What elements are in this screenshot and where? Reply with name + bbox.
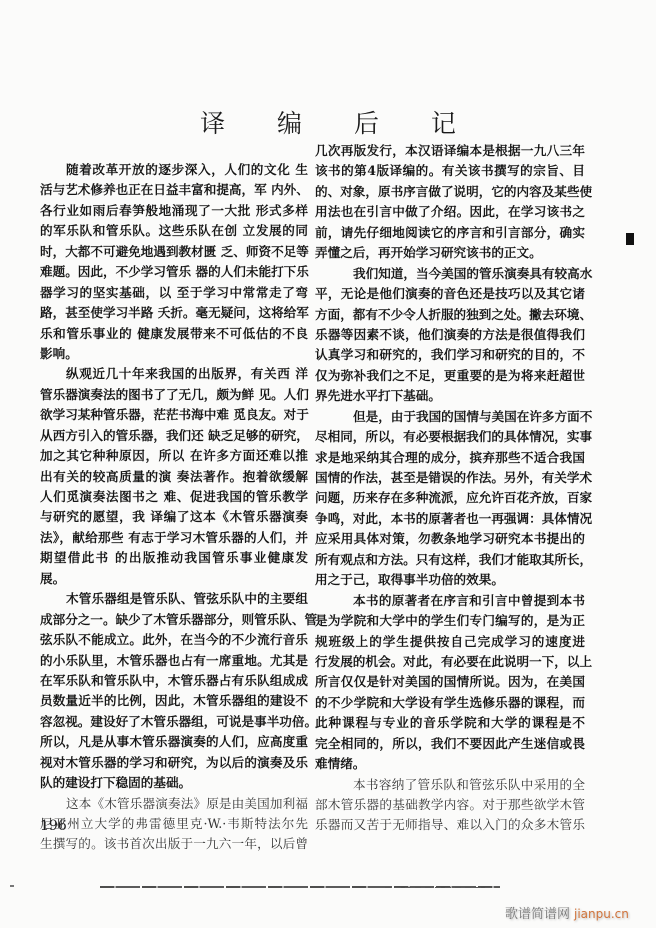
text-line: 木管乐器组是管乐队、管弦乐队中的主要组 [40,589,308,609]
text-line: 规班级上的学生提供按自己完成学习的速度进 [315,632,585,652]
text-line: 的不少学院和大学设有学生选修乐器的课程，而 [315,693,585,713]
text-line: 所以，凡是从事木管乐器演奏的人们，应高度重 [40,732,308,752]
text-line: 的、对象，原书序言做了说明，它的内容及某些使 [315,182,585,202]
text-line: 所有观点和方法。只有这样，我们才能取其所长， [315,550,585,570]
text-line: 行发展的机会。对此，有必要在此说明一下，以上 [315,652,585,672]
text-line: 随着改革开放的逐步深入，人们的文化 生 [40,160,308,180]
text-line: 尼亚州立大学的弗雷德里克·W.·韦斯特法尔先 [40,814,308,834]
text-line: 各行业如雨后春笋般地涌现了一大批 形式多样 [40,201,308,221]
text-line: 部木管乐器的基础教学内容。对于那些欲学木管 [315,795,585,815]
text-line: 用法也在引言中做了介绍。因此，在学习该书之 [315,202,585,222]
text-line: 仅为弥补我们之不足，更重要的是为将来赶超世 [315,366,585,386]
watermark: 歌谱简谱网jianpu.cn [505,903,629,922]
text-line: 国情的作法，甚至是错误的作法。另外，有关学术 [315,468,585,488]
page-title: 译 编 后 记 [0,104,656,140]
text-line: 乐器等因素不谈，他们演奏的方法是很值得我们 [315,325,585,345]
text-line: 难题。因此，不少学习管乐 器的人们未能打下乐 [40,262,308,282]
text-line: 本书容纳了管乐队和管弦乐队中采用的全 [315,775,585,795]
text-line: 本书的原著者在序言和引言中曾提到本书 [315,591,585,611]
text-line: 人们觅演奏法图书之 难、促进我国的管乐教学 [40,487,308,507]
text-line: 管乐器演奏法的图书了了无几，颇为鲜 见。人们 [40,385,308,405]
text-line: 从西方引入的管乐器，我们还 缺乏足够的研究， [40,426,308,446]
watermark-domain: jianpu.cn [574,907,629,921]
text-column-right: 几次再版发行，本汉语译编本是根据一九八三年该书的第4版译编的。有关该书撰写的宗旨… [315,141,585,836]
text-line: 问题，历来存在多种流派，应允许百花齐放，百家 [315,488,585,508]
text-line: 路，甚至使学习半路 夭折。毫无疑问，这将给军 [40,303,308,323]
bottom-rule-dashed [385,887,500,888]
text-line: 时，大都不可避免地遇到教材匮 乏、师资不足等 [40,242,308,262]
text-line: 认真学习和研究的，我们学习和研究的目的，不 [315,345,585,365]
text-line: 此种课程与专业的音乐学院和大学的课程是不 [315,713,585,733]
text-line: 用之于己，取得事半功倍的效果。 [315,570,585,590]
text-line: 这本《木管乐器演奏法》原是由美国加利福 [40,794,308,814]
text-line: 界先进水平打下基础。 [315,386,585,406]
text-line: 队的建设打下稳固的基础。 [40,773,308,793]
text-line: 难情绪。 [315,754,585,774]
text-line: 员数量近半的比例，因此，木管乐器组的建设不 [40,691,308,711]
text-line: 期望借此书 的出版推动我国管乐事业健康发 [40,548,308,568]
text-line: 争鸣，对此，本书的原著者也一再强调：具体情况 [315,509,585,529]
text-column-left: 随着改革开放的逐步深入，人们的文化 生活与艺术修养也正在日益丰富和提高，军 内外… [40,160,308,855]
text-line: 弄懂之后，再开始学习研究该书的正文。 [315,243,585,263]
text-line: 该书的第4版译编的。有关该书撰写的宗旨、目 [315,161,585,181]
text-line: 生撰写的。该书首次出版于一九六一年，以后曾 [40,834,308,854]
text-line: 的军乐队和管乐队。这些乐队在创 立发展的同 [40,221,308,241]
scan-artifact [10,885,14,887]
text-line: 平，无论是他们演奏的音色还是技巧以及其它诸 [315,284,585,304]
text-line: 容忽视。建设好了木管乐器组，可说是事半功倍。 [40,712,308,732]
text-line: 尽相同，所以，有必要根据我们的具体情况，实事 [315,427,585,447]
text-line: 的小乐队里，木管乐器也占有一席重地。尤其是 [40,651,308,671]
text-line: 我们知道，当今美国的管乐演奏具有较高水 [315,264,585,284]
text-line: 展。 [40,569,308,589]
text-line: 加之其它种种原因，所以 在许多方面还难以推 [40,446,308,466]
text-line: 出有关的较高质量的演 奏法著作。抱着欲缓解 [40,467,308,487]
thumb-index-mark [626,233,634,245]
text-line: 纵观近几十年来我国的出版界，有关西 洋 [40,364,308,384]
text-line: 但是，由于我国的国情与美国在许多方面不 [315,407,585,427]
text-line: 影响。 [40,344,308,364]
text-line: 应采用具体对策，勿教条地学习研究本书提出的 [315,529,585,549]
text-line: 法》，献给那些 有志于学习木管乐器的人们，并 [40,528,308,548]
text-line: 成部分之一。缺少了木管乐器部分，则管乐队、管 [40,610,308,630]
text-line: 是为学院和大学中的学生们专门编写的，是为正 [315,611,585,631]
text-line: 弦乐队不能成立。此外，在当今的不少流行音乐 [40,630,308,650]
text-line: 在军乐队和管乐队中，木管乐器占有乐队组成成 [40,671,308,691]
text-line: 与研究的愿望，我 译编了这本《木管乐器演奏 [40,507,308,527]
text-line: 器学习的坚实基础，以 至于学习中常常走了弯 [40,283,308,303]
page-number: 196 [40,818,67,834]
text-line: 前，请先仔细地阅读它的序言和引言部分，确实 [315,223,585,243]
text-line: 活与艺术修养也正在日益丰富和提高，军 内外、 [40,180,308,200]
text-line: 完全相同的，所以，我们不要因此产生迷信或畏 [315,734,585,754]
text-line: 所言仅仅是针对美国的国情所说。因为，在美国 [315,672,585,692]
watermark-site-name: 歌谱简谱网 [505,907,570,922]
text-line: 求是地采纳其合理的成分，摈弃那些不适合我国 [315,448,585,468]
text-line: 乐和管乐事业的 健康发展带来不可低估的不良 [40,324,308,344]
text-line: 视对木管乐器的学习和研究，为以后的演奏及乐 [40,753,308,773]
text-line: 欲学习某种管乐器，茫茫书海中难 觅良友。对于 [40,405,308,425]
text-line: 方面，都有不少令人折服的独到之处。撇去环境、 [315,305,585,325]
text-line: 乐器而又苦于无师指导、难以入门的众多木管乐 [315,815,585,835]
text-line: 几次再版发行，本汉语译编本是根据一九八三年 [315,141,585,161]
